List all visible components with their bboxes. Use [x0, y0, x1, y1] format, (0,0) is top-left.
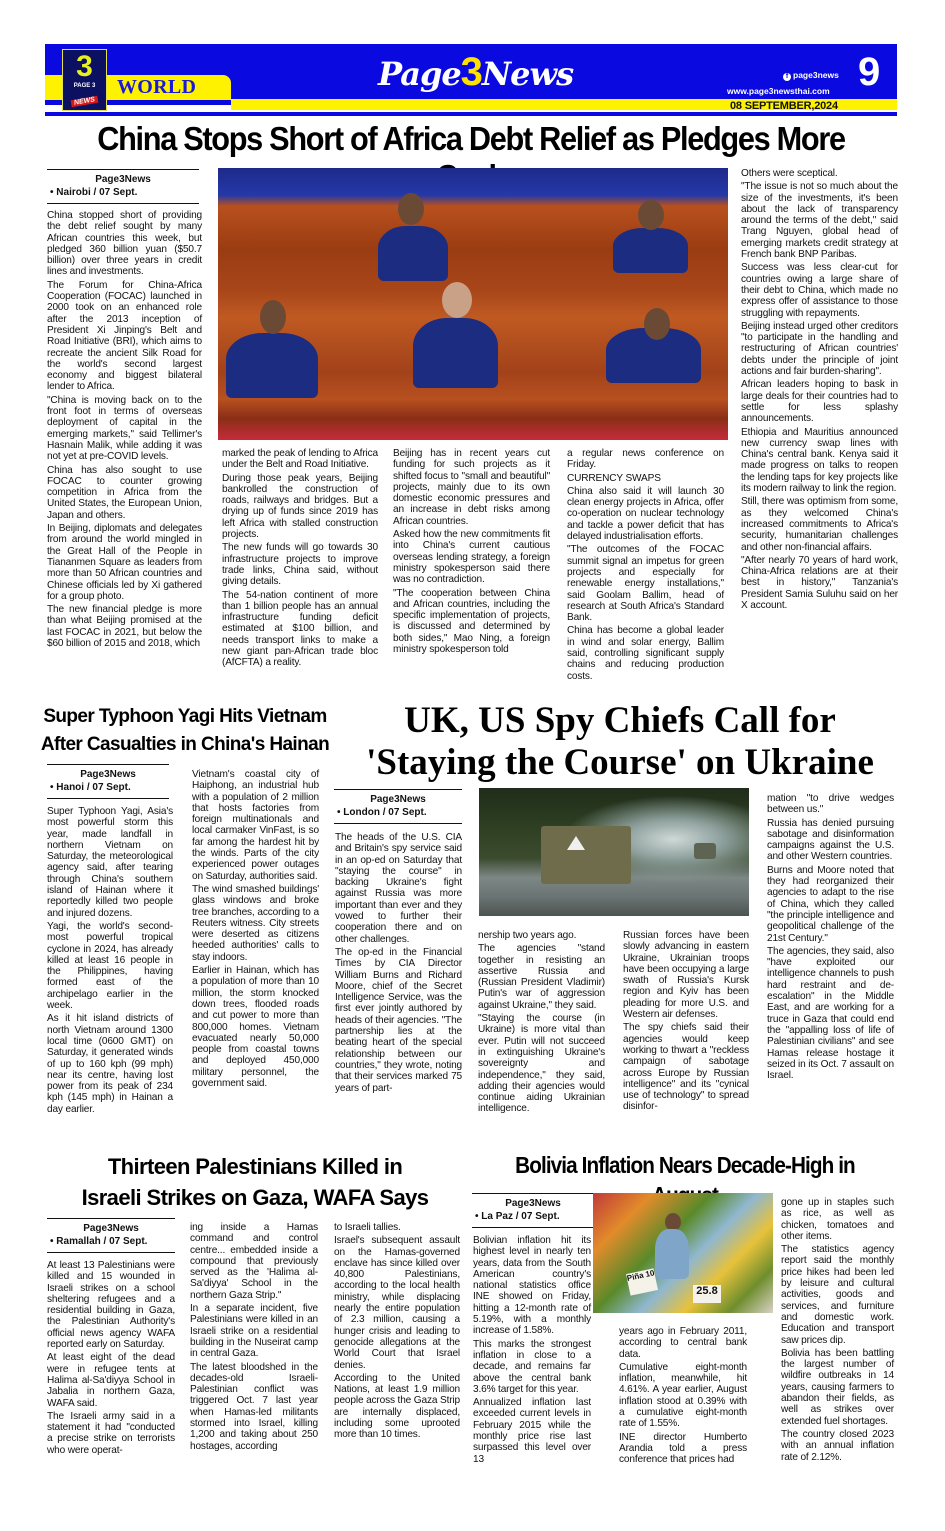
paragraph: years ago in February 2011, according to… — [619, 1326, 747, 1360]
paragraph: "The issue is not so much about the size… — [741, 181, 898, 260]
paragraph: The op-ed in the Financial Times by CIA … — [335, 947, 462, 1094]
paragraph: Super Typhoon Yagi, Asia's most powerful… — [47, 806, 173, 919]
paragraph: Success was less clear-cut for countries… — [741, 262, 898, 318]
headline-line: Super Typhoon Yagi Hits Vietnam — [40, 703, 330, 731]
byline-place: • Hanoi / 07 Sept. — [47, 781, 169, 794]
article-column: At least 13 Palestinians were killed and… — [47, 1260, 175, 1458]
triangle-marking — [567, 836, 585, 850]
brand-prefix: Page — [378, 55, 461, 93]
article-column: Beijing has in recent years cut funding … — [393, 448, 550, 657]
paragraph: During those peak years, Beijing bankrol… — [222, 473, 378, 541]
price-sign: 25.8 — [693, 1285, 721, 1303]
paragraph: The wind smashed buildings' glass window… — [192, 884, 319, 963]
article-column: Super Typhoon Yagi, Asia's most powerful… — [47, 806, 173, 1117]
paragraph: The latest bloodshed in the decades-old … — [190, 1362, 318, 1452]
photo-figure-head — [398, 193, 424, 225]
photo-figure — [613, 228, 688, 273]
article-column: years ago in February 2011, according to… — [619, 1326, 747, 1468]
article-column: Russian forces have been slowly advancin… — [623, 930, 749, 1115]
byline-source: Page3News — [47, 1222, 175, 1235]
facebook-text: page3news — [793, 70, 839, 80]
paragraph: to Israeli tallies. — [334, 1222, 460, 1233]
paragraph: a regular news conference on Friday. — [567, 448, 724, 471]
paragraph: mation "to drive wedges between us." — [767, 793, 894, 816]
headline-line: Israeli Strikes on Gaza, WAFA Says — [40, 1182, 470, 1213]
article-column: The heads of the U.S. CIA and Britain's … — [335, 832, 462, 1096]
photo-figure-center — [413, 318, 498, 388]
paragraph: Israel's subsequent assault on the Hamas… — [334, 1235, 460, 1371]
paragraph: Vietnam's coastal city of Haiphong, an i… — [192, 769, 319, 882]
paragraph: In Beijing, diplomats and delegates from… — [47, 523, 202, 602]
logo-page-text: PAGE 3 — [63, 82, 106, 90]
photo-figure — [655, 1229, 689, 1279]
paragraph: African leaders hoping to bask in large … — [741, 379, 898, 424]
paragraph: "The cooperation between China and Afric… — [393, 588, 550, 656]
paragraph: The spy chiefs said their agencies would… — [623, 1022, 749, 1112]
paragraph: Yagi, the world's second-most powerful t… — [47, 921, 173, 1011]
article-column: mation "to drive wedges between us." Rus… — [767, 793, 894, 1083]
article-column: a regular news conference on Friday. CUR… — [567, 448, 724, 684]
paragraph: China stopped short of providing the deb… — [47, 210, 202, 278]
paragraph: Russia has denied pursuing sabotage and … — [767, 818, 894, 863]
photo-figure-head — [442, 282, 472, 318]
headline-typhoon: Super Typhoon Yagi Hits Vietnam After Ca… — [40, 703, 330, 759]
paragraph: "China is moving back on to the front fo… — [47, 395, 202, 463]
headline-spy-chiefs: UK, US Spy Chiefs Call for 'Staying the … — [330, 700, 910, 784]
photo-vehicle — [541, 826, 631, 884]
paragraph: INE director Humberto Arandia told a pre… — [619, 1432, 747, 1466]
headline-line: After Casualties in China's Hainan — [40, 731, 330, 759]
paragraph: In a separate incident, five Palestinian… — [190, 1303, 318, 1359]
paragraph: The statistics agency report said the mo… — [781, 1244, 894, 1346]
paragraph: Russian forces have been slowly advancin… — [623, 930, 749, 1020]
masthead-rule — [45, 112, 897, 116]
article-column: to Israeli tallies. Israel's subsequent … — [334, 1222, 460, 1443]
article-column: gone up in staples such as rice, as well… — [781, 1197, 894, 1465]
byline-place: • Nairobi / 07 Sept. — [47, 186, 199, 199]
paragraph: Earlier in Hainan, which has a populatio… — [192, 965, 319, 1089]
paragraph: nership two years ago. — [478, 930, 605, 941]
paragraph: Beijing instead urged other creditors "t… — [741, 321, 898, 377]
photo-figure — [378, 226, 448, 281]
paragraph: "Staying the course (in Ukraine) is more… — [478, 1013, 605, 1115]
paragraph: The country closed 2023 with an annual i… — [781, 1429, 894, 1463]
byline-bolivia: Page3News • La Paz / 07 Sept. — [472, 1193, 594, 1228]
paragraph: At least eight of the dead were in refug… — [47, 1352, 175, 1408]
paragraph: The new funds will go towards 30 infrast… — [222, 542, 378, 587]
summit-photo — [218, 168, 728, 440]
paragraph: Annualized inflation last exceeded curre… — [473, 1397, 591, 1465]
subheading-currency-swaps: CURRENCY SWAPS — [567, 473, 724, 484]
paragraph: The heads of the U.S. CIA and Britain's … — [335, 832, 462, 945]
page-number: 9 — [858, 52, 880, 92]
brand-number: 3 — [461, 50, 482, 94]
article-column: Vietnam's coastal city of Haiphong, an i… — [192, 769, 319, 1091]
byline-source: Page3News — [47, 768, 169, 781]
article-column: China stopped short of providing the deb… — [47, 210, 202, 651]
headline-line: UK, US Spy Chiefs Call for — [330, 700, 910, 742]
page3-logo: 3 PAGE 3 NEWS — [62, 49, 107, 111]
byline-gaza: Page3News • Ramallah / 07 Sept. — [47, 1218, 175, 1253]
byline-source: Page3News — [334, 793, 462, 806]
byline-spy-chiefs: Page3News • London / 07 Sept. — [334, 789, 462, 824]
paragraph: Cumulative eight-month inflation, meanwh… — [619, 1362, 747, 1430]
paragraph: The agencies, they said, also "have expl… — [767, 946, 894, 1082]
logo-news-badge: NEWS — [71, 96, 99, 108]
paragraph: The agencies "stand together in resistin… — [478, 943, 605, 1011]
paragraph: China also said it will launch 30 clean … — [567, 486, 724, 542]
paragraph: Beijing has in recent years cut funding … — [393, 448, 550, 527]
photo-figure-head — [644, 308, 670, 340]
paragraph: Asked how the new commitments fit into C… — [393, 529, 550, 585]
facebook-icon: f — [783, 73, 791, 81]
byline-place: • London / 07 Sept. — [334, 806, 462, 819]
brand-suffix: News — [482, 55, 573, 93]
market-photo: Piña 10 25.8 — [593, 1193, 773, 1313]
article-column: ing inside a Hamas command and control c… — [190, 1222, 318, 1454]
paragraph: The 54-nation continent of more than 1 b… — [222, 590, 378, 669]
paragraph: "The outcomes of the FOCAC summit signal… — [567, 544, 724, 623]
byline-source: Page3News — [472, 1197, 594, 1210]
paragraph: According to the United Nations, at leas… — [334, 1373, 460, 1441]
headline-line: Thirteen Palestinians Killed in — [40, 1151, 470, 1182]
byline-place: • La Paz / 07 Sept. — [472, 1210, 594, 1223]
article-column: marked the peak of lending to Africa und… — [222, 448, 378, 671]
byline-source: Page3News — [47, 173, 199, 186]
paragraph: Bolivia has been battling the largest nu… — [781, 1348, 894, 1427]
paragraph: Others were sceptical. — [741, 168, 898, 179]
section-label: WORLD — [117, 76, 196, 99]
byline-place: • Ramallah / 07 Sept. — [47, 1235, 175, 1248]
paragraph: Bolivian inflation hit its highest level… — [473, 1235, 591, 1337]
paragraph: Still, there was optimism from some, as … — [741, 496, 898, 552]
paragraph: As it hit island districts of north Viet… — [47, 1013, 173, 1115]
facebook-handle[interactable]: fpage3news — [783, 70, 839, 81]
brand-wordmark: Page3News — [378, 50, 573, 95]
article-column: Bolivian inflation hit its highest level… — [473, 1235, 591, 1467]
price-sign: Piña 10 — [626, 1268, 658, 1295]
byline-typhoon: Page3News • Hanoi / 07 Sept. — [47, 764, 169, 799]
photo-figure — [226, 333, 318, 398]
photo-figure-head — [260, 300, 286, 334]
paragraph: Burns and Moore noted that they had reor… — [767, 865, 894, 944]
paragraph: This marks the strongest inflation in cl… — [473, 1339, 591, 1395]
paragraph: China has become a global leader in wind… — [567, 625, 724, 681]
paragraph: At least 13 Palestinians were killed and… — [47, 1260, 175, 1350]
paragraph: "After nearly 70 years of hard work, Chi… — [741, 555, 898, 611]
paragraph: China has also sought to use FOCAC to co… — [47, 465, 202, 521]
paragraph: gone up in staples such as rice, as well… — [781, 1197, 894, 1242]
paragraph: The new financial pledge is more than wh… — [47, 604, 202, 649]
paragraph: ing inside a Hamas command and control c… — [190, 1222, 318, 1301]
article-column: nership two years ago. The agencies "sta… — [478, 930, 605, 1117]
paragraph: Ethiopia and Mauritius announced new cur… — [741, 427, 898, 495]
armored-vehicle-photo — [479, 788, 749, 916]
logo-number: 3 — [63, 52, 106, 82]
byline-china-africa: Page3News • Nairobi / 07 Sept. — [47, 169, 199, 204]
photo-vehicle-distant — [694, 843, 716, 859]
issue-date: 08 SEPTEMBER,2024 — [730, 100, 838, 112]
paragraph: The Israeli army said in a statement it … — [47, 1411, 175, 1456]
photo-figure-head — [638, 200, 664, 230]
paragraph: marked the peak of lending to Africa und… — [222, 448, 378, 471]
website-link[interactable]: www.page3newsthai.com — [727, 86, 830, 96]
article-column: Others were sceptical. "The issue is not… — [741, 168, 898, 613]
paragraph: The Forum for China-Africa Cooperation (… — [47, 280, 202, 393]
headline-line: 'Staying the Course' on Ukraine — [330, 742, 910, 784]
headline-gaza: Thirteen Palestinians Killed in Israeli … — [40, 1151, 470, 1213]
